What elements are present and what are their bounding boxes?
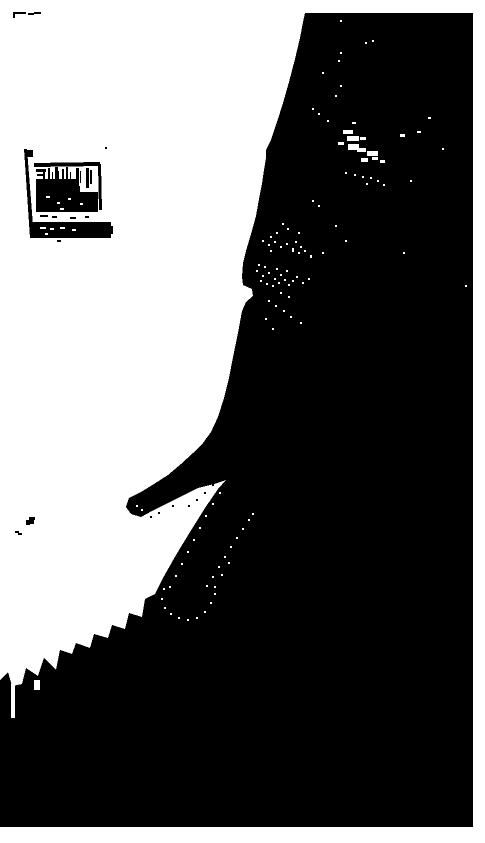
binarized-photo-canvas — [0, 0, 485, 843]
wall-picture-frame — [24, 147, 113, 242]
wall-marks — [13, 12, 41, 535]
screenshot-root — [0, 0, 485, 843]
